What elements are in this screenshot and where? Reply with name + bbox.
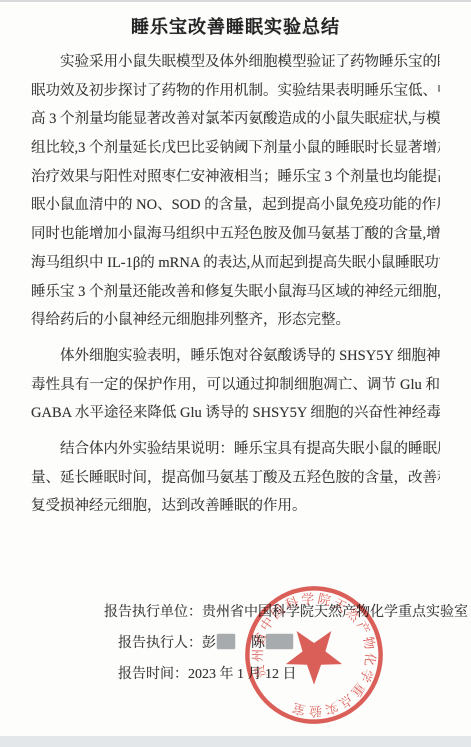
- text-line: 实验采用小鼠失眠模型及体外细胞模型验证了药物睡乐宝的睡: [31, 48, 440, 77]
- text-line: 眠小鼠血清中的 NO、SOD 的含量，起到提高小鼠免疫功能的作用，: [31, 191, 440, 220]
- text-line: 海马组织中 IL-1β的 mRNA 的表达,从而起到提高失眠小鼠睡眠功能。: [31, 249, 440, 278]
- text-line: GABA 水平途径来降低 Glu 诱导的 SHSY5Y 细胞的兴奋性神经毒性。: [31, 399, 440, 428]
- text-line: 得给药后的小鼠神经元细胞排列整齐，形态完整。: [31, 306, 440, 335]
- text-line: 量、延长睡眠时间，提高伽马氨基丁酸及五羟色胺的含量，改善和修: [31, 464, 440, 493]
- redaction-block: [217, 634, 235, 649]
- text-line: 复受损神经元细胞，达到改善睡眠的作用。: [31, 492, 440, 521]
- page-title: 睡乐宝改善睡眠实验总结: [0, 0, 471, 39]
- text-line: 同时也能增加小鼠海马组织中五羟色胺及伽马氨基丁酸的含量,增强: [31, 220, 440, 249]
- text-line: 治疗效果与阳性对照枣仁安神液相当；睡乐宝 3 个剂量也均能提高失: [31, 163, 440, 192]
- text-line: 组比较,3 个剂量延长戊巴比妥钠阈下剂量小鼠的睡眠时长显著增加,: [31, 134, 440, 163]
- report-body: 实验采用小鼠失眠模型及体外细胞模型验证了药物睡乐宝的睡眠功效及初步探讨了药物的作…: [31, 48, 440, 521]
- official-seal-stamp: 贵州省中国科学院天然产物化学重点实验室: [240, 581, 388, 729]
- text-line: 高 3 个剂量均能显著改善对氯苯丙氨酸造成的小鼠失眠症状,与模型: [31, 105, 440, 134]
- page-top-edge: [0, 0, 471, 2]
- executor-label: 报告执行人：: [118, 636, 202, 651]
- scanned-report-page: 睡乐宝改善睡眠实验总结 实验采用小鼠失眠模型及体外细胞模型验证了药物睡乐宝的睡眠…: [0, 0, 471, 747]
- text-line: 睡乐宝 3 个剂量还能改善和修复失眠小鼠海马区域的神经元细胞，使: [31, 278, 440, 307]
- text-line: 体外细胞实验表明，睡乐饱对谷氨酸诱导的 SHSY5Y 细胞神经: [31, 342, 440, 371]
- page-bottom-edge: [0, 736, 471, 747]
- text-line: 毒性具有一定的保护作用，可以通过抑制细胞凋亡、调节 Glu 和: [31, 371, 440, 400]
- paragraph-3: 结合体内外实验结果说明：睡乐宝具有提高失眠小鼠的睡眠质量、延长睡眠时间，提高伽马…: [31, 435, 440, 521]
- paragraph-1: 实验采用小鼠失眠模型及体外细胞模型验证了药物睡乐宝的睡眠功效及初步探讨了药物的作…: [31, 48, 440, 335]
- paragraph-2: 体外细胞实验表明，睡乐饱对谷氨酸诱导的 SHSY5Y 细胞神经毒性具有一定的保护…: [31, 342, 440, 428]
- executor-surname-1: 彭: [202, 636, 216, 651]
- star-icon: [274, 615, 351, 691]
- text-line: 眠功效及初步探讨了药物的作用机制。实验结果表明睡乐宝低、中、: [31, 77, 440, 106]
- text-line: 结合体内外实验结果说明：睡乐宝具有提高失眠小鼠的睡眠质: [31, 435, 440, 464]
